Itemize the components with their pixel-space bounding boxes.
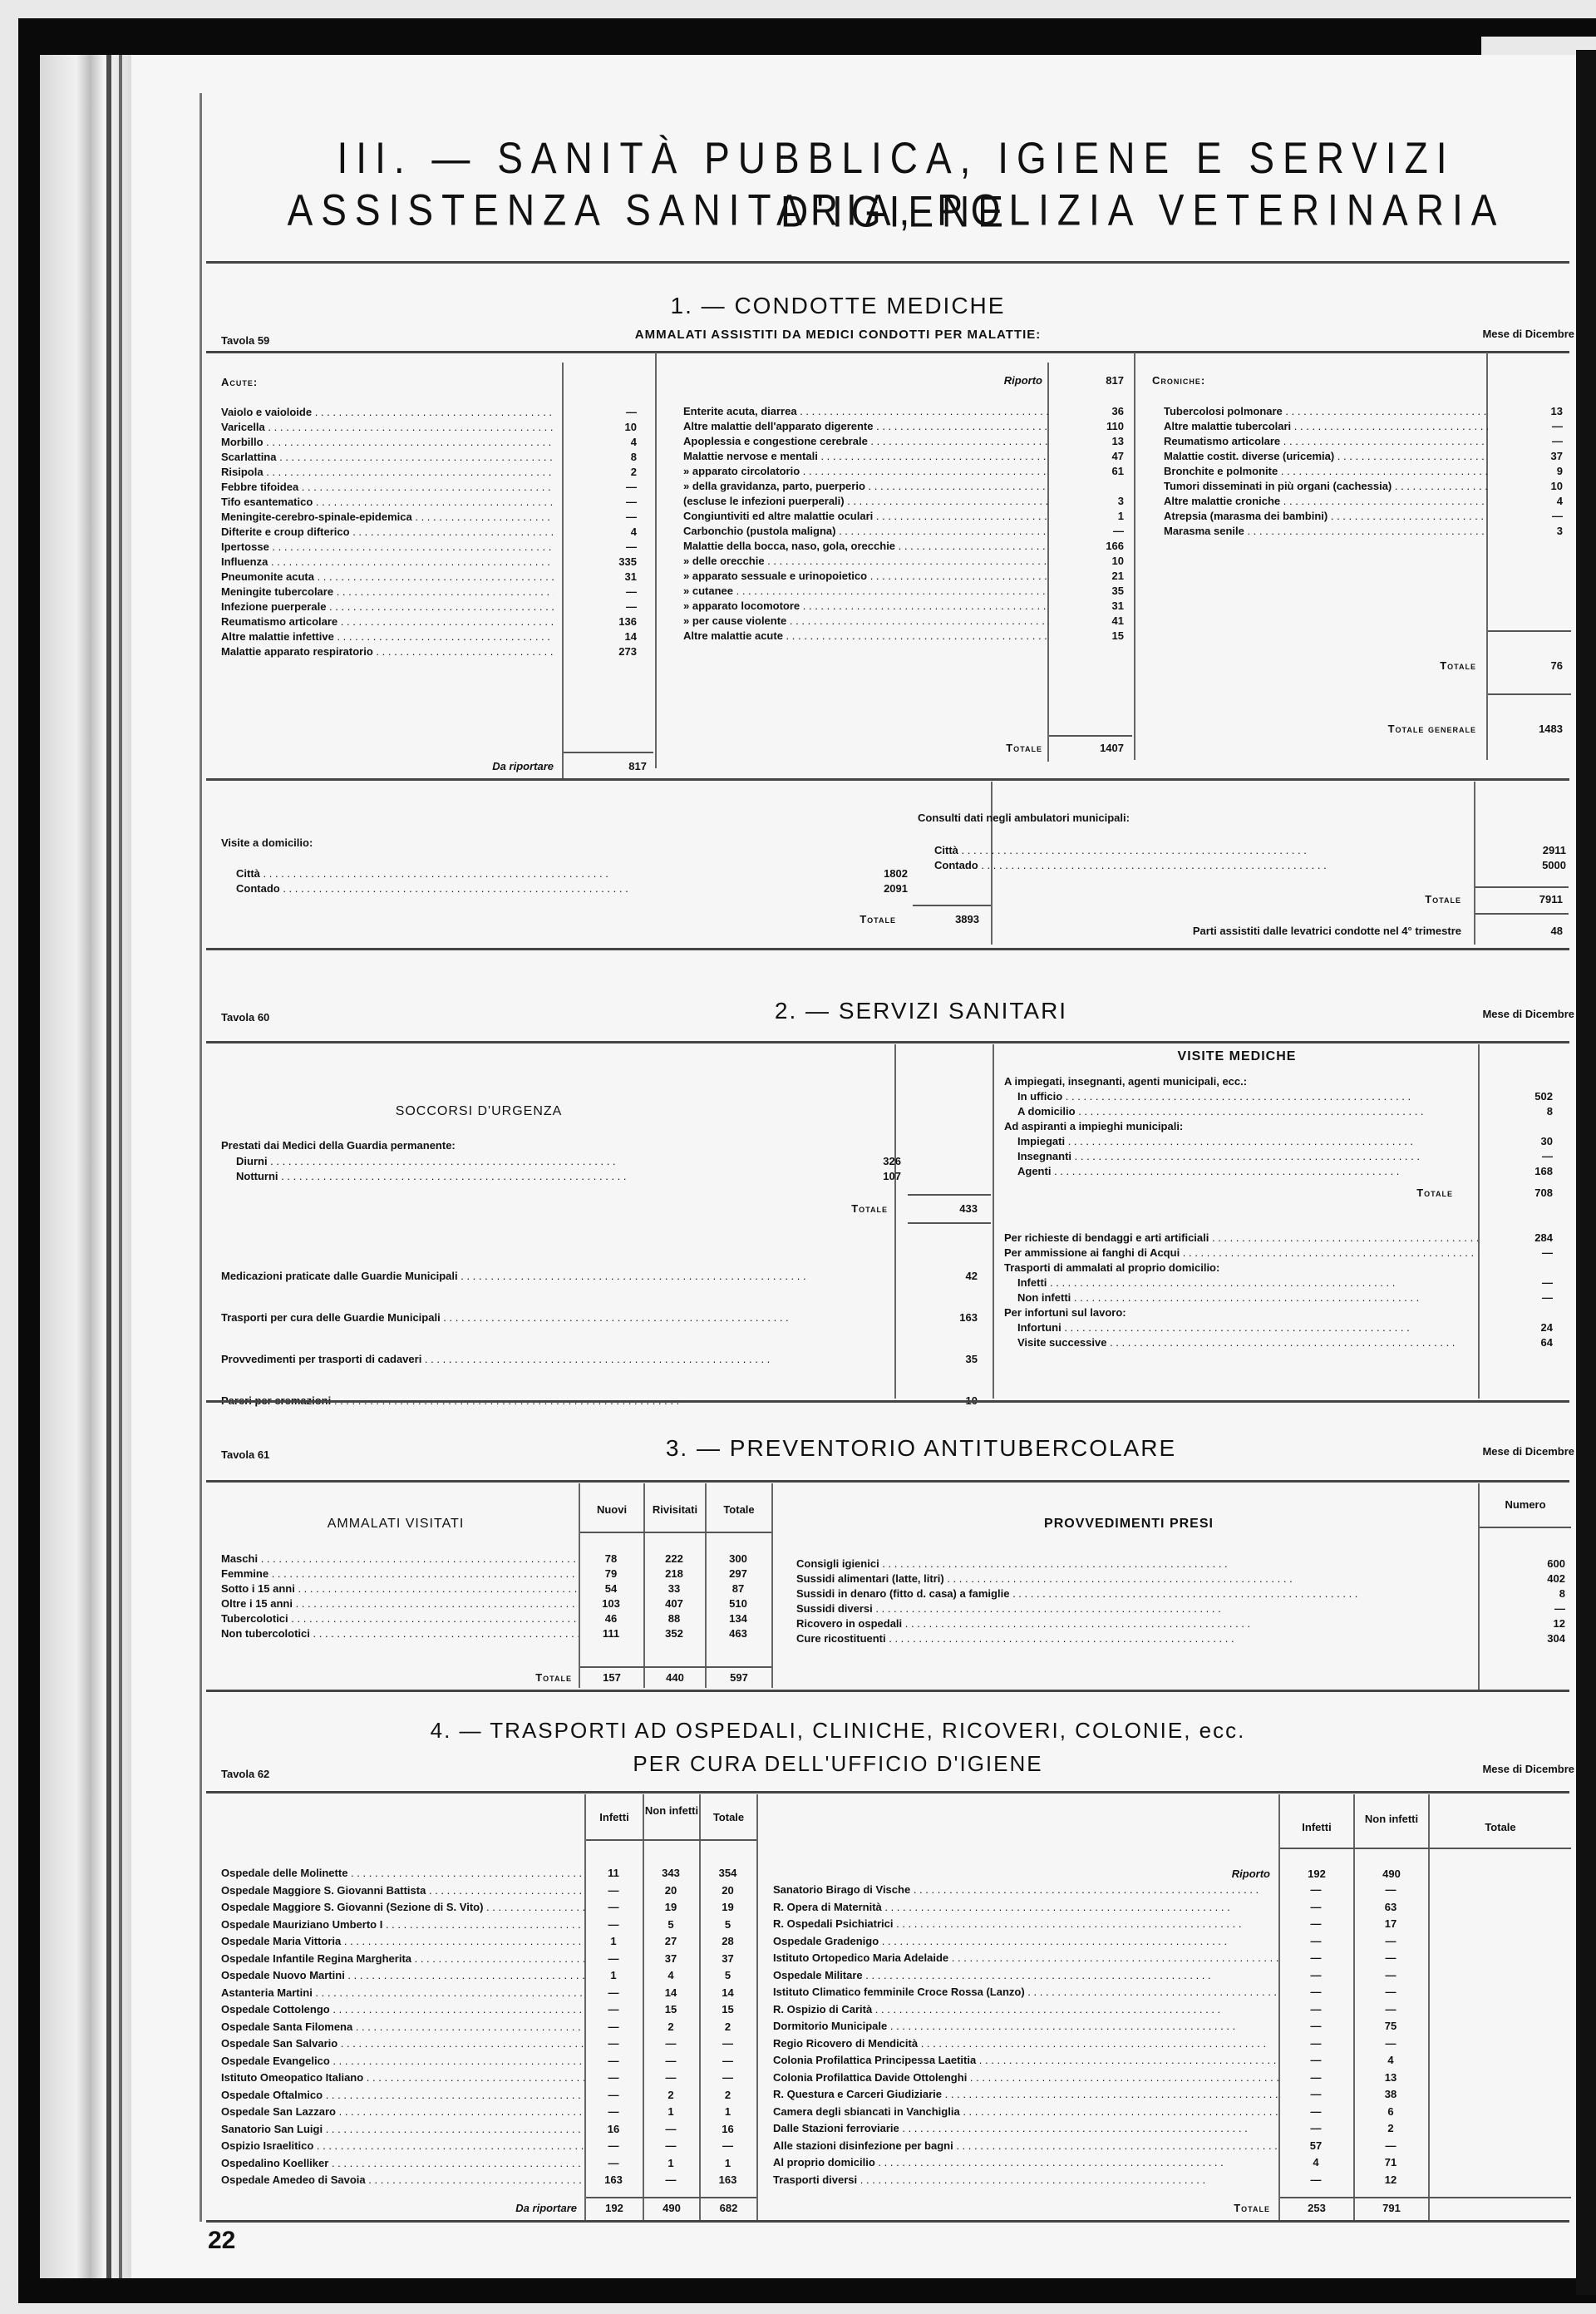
table-row: R. Questura e Carceri Giudiziarie—38 — [773, 2087, 1428, 2102]
table-row: Risipola2 — [221, 465, 637, 480]
consulti-header: Consulti dati negli ambulatori municipal… — [918, 812, 1130, 824]
section-title-servizi: 2. — SERVIZI SANITARI — [713, 998, 1129, 1024]
row-label: Ospedale Oftalmico — [221, 2088, 584, 2103]
row-label: (escluse le infezioni puerperali) — [683, 494, 1049, 509]
row-label: » della gravidanza, parto, puerperio — [683, 479, 1049, 494]
row-label: Tubercolotici — [221, 1611, 579, 1626]
row-value: 2 — [643, 2020, 699, 2035]
table-row: Marasma senile3 — [1164, 524, 1563, 539]
row-label: R. Opera di Maternità — [773, 1900, 1278, 1915]
t62-riporto-label: Riporto — [963, 1867, 1270, 1880]
row-value: 57 — [1278, 2139, 1353, 2154]
col-header-non-infetti: Non infetti — [644, 1804, 699, 1817]
row-label: Ospedale San Lazzaro — [221, 2104, 584, 2119]
row-value: 20 — [699, 1883, 756, 1898]
group-header: Trasporti di ammalati al proprio domicil… — [1004, 1261, 1219, 1275]
row-value: 1 — [699, 2156, 756, 2171]
group-header: A impiegati, insegnanti, agenti municipa… — [1004, 1074, 1247, 1089]
divider — [586, 1839, 756, 1841]
row-value: 27 — [643, 1934, 699, 1949]
row-label: Altre malattie tubercolari — [1164, 419, 1488, 434]
middle-total-value: 1407 — [1049, 742, 1124, 754]
table-row: R. Ospizio di Carità—— — [773, 2002, 1428, 2017]
row-value: 352 — [643, 1626, 705, 1641]
row-value: 13 — [1353, 2070, 1428, 2085]
divider — [908, 1222, 991, 1224]
row-value: — — [584, 2070, 643, 2085]
row-value: 37 — [699, 1951, 756, 1966]
row-value: 19 — [699, 1900, 756, 1915]
row-label: Marasma senile — [1164, 524, 1488, 539]
table-row: » apparato sessuale e urinopoietico21 — [683, 569, 1124, 584]
row-label: Trasporti diversi — [773, 2173, 1278, 2188]
table-row: Malattie costit. diverse (uricemia)37 — [1164, 449, 1563, 464]
table-row: Infetti— — [1004, 1275, 1553, 1290]
row-label: Non infetti — [1017, 1290, 1478, 1305]
table-row: » delle orecchie10 — [683, 554, 1124, 569]
table-row: Sussidi alimentari (latte, litri)402 — [796, 1571, 1565, 1586]
table-row: Ospedale delle Molinette11343354 — [221, 1866, 756, 1881]
row-value: 8 — [1478, 1104, 1553, 1119]
row-value: — — [643, 2139, 699, 2154]
row-value: — — [584, 1917, 643, 1932]
table-row: Influenza335 — [221, 555, 637, 570]
row-value: 9 — [1488, 464, 1563, 479]
ammalati-visitati-title: AMMALATI VISITATI — [221, 1517, 570, 1532]
col-header-rivisitati: Rivisitati — [645, 1503, 705, 1516]
row-label: Istituto Omeopatico Italiano — [221, 2070, 584, 2085]
table-row: Non infetti— — [1004, 1290, 1553, 1305]
column-divider — [1428, 1794, 1430, 2220]
table-row: Dalle Stazioni ferroviarie—2 — [773, 2121, 1428, 2136]
row-label: Ipertosse — [221, 540, 554, 555]
grand-total-value: 1483 — [1488, 723, 1563, 735]
row-value: 38 — [1353, 2087, 1428, 2102]
row-label: Ospedale Infantile Regina Margherita — [221, 1951, 584, 1966]
row-value: — — [1278, 2121, 1353, 2136]
table-row: (escluse le infezioni puerperali)3 — [683, 494, 1124, 509]
row-value: 136 — [554, 614, 637, 629]
table-row: Scarlattina8 — [221, 450, 637, 465]
divider — [206, 1480, 1569, 1483]
row-value: 12 — [1353, 2173, 1428, 2188]
row-value: — — [643, 2173, 699, 2188]
row-value: — — [1488, 419, 1563, 434]
row-value: 1 — [643, 2104, 699, 2119]
row-label: Sanatorio Birago di Vische — [773, 1882, 1278, 1897]
row-label: Altre malattie dell'apparato digerente — [683, 419, 1049, 434]
row-label: Astanteria Martini — [221, 1986, 584, 2001]
table-row: Ospedale Militare—— — [773, 1968, 1428, 1983]
row-value: 110 — [1049, 419, 1124, 434]
row-value: 36 — [1049, 404, 1124, 419]
total-value: 708 — [1478, 1186, 1553, 1201]
row-value: 19 — [643, 1900, 699, 1915]
soccorsi-total-label: Totale — [630, 1202, 888, 1215]
row-value: 335 — [554, 555, 637, 570]
row-value: 4 — [1353, 2053, 1428, 2068]
row-label: Istituto Climatico femminile Croce Rossa… — [773, 1985, 1278, 2000]
row-label: Oltre i 15 anni — [221, 1596, 579, 1611]
divider — [1049, 735, 1132, 737]
row-value: 1 — [584, 1968, 643, 1983]
row-value: — — [554, 480, 637, 495]
row-value: — — [643, 2070, 699, 2085]
table-row: Ricovero in ospedali12 — [796, 1616, 1565, 1631]
row-label: R. Ospedali Psichiatrici — [773, 1917, 1278, 1932]
row-label: Ospedale Nuovo Martini — [221, 1968, 584, 1983]
table-row: Colonia Profilattica Davide Ottolenghi—1… — [773, 2070, 1428, 2085]
column-divider — [771, 1483, 773, 1688]
acute-header: Acute: — [221, 375, 258, 390]
row-label: » delle orecchie — [683, 554, 1049, 569]
row-label: Sotto i 15 anni — [221, 1581, 579, 1596]
col-header-infetti-right: Infetti — [1280, 1821, 1353, 1833]
table-row: Ospedale San Salvario——— — [221, 2036, 756, 2051]
table-row: Consigli igienici600 — [796, 1557, 1565, 1571]
table-row: R. Opera di Maternità—63 — [773, 1900, 1428, 1915]
row-label: Dalle Stazioni ferroviarie — [773, 2121, 1278, 2136]
row-label: Congiuntiviti ed altre malattie oculari — [683, 509, 1049, 524]
row-value: 2 — [699, 2020, 756, 2035]
table-row: Ospedale San Lazzaro—11 — [221, 2104, 756, 2119]
row-label: Istituto Ortopedico Maria Adelaide — [773, 1951, 1278, 1966]
gutter-line — [119, 55, 122, 2278]
row-label: Ospedale Maria Vittoria — [221, 1934, 584, 1949]
table-row: Medicazioni praticate dalle Guardie Muni… — [221, 1269, 978, 1284]
row-value: — — [554, 510, 637, 525]
row-value: 343 — [643, 1866, 699, 1881]
row-label: Medicazioni praticate dalle Guardie Muni… — [221, 1269, 903, 1284]
table-row: Tifo esantematico— — [221, 495, 637, 510]
divider — [206, 2220, 1569, 2223]
row-label: Ospizio Israelitico — [221, 2139, 584, 2154]
row-value: 14 — [554, 629, 637, 644]
table-row: Ospedale Infantile Regina Margherita—373… — [221, 1951, 756, 1966]
da-riportare-value: 817 — [564, 760, 647, 772]
table-row: Apoplessia e congestione cerebrale13 — [683, 434, 1124, 449]
tavola-61-month: Mese di Dicembre — [1378, 1445, 1574, 1458]
consulti-total-label: Totale — [1212, 893, 1461, 905]
row-label: Atrepsia (marasma dei bambini) — [1164, 509, 1488, 524]
row-label: Enterite acuta, diarrea — [683, 404, 1049, 419]
row-label: Ospedale Maggiore S. Giovanni (Sezione d… — [221, 1900, 584, 1915]
riporto-value: 817 — [1049, 374, 1124, 387]
row-value: — — [554, 585, 637, 599]
row-value: — — [1278, 2002, 1353, 2017]
row-label: Vaiolo e vaioloide — [221, 405, 554, 420]
t62-da-riportare-non-infetti: 490 — [644, 2202, 699, 2214]
row-label: Influenza — [221, 555, 554, 570]
row-label: Morbillo — [221, 435, 554, 450]
divider — [206, 778, 1569, 781]
section-title-trasporti-1: 4. — TRASPORTI AD OSPEDALI, CLINICHE, RI… — [381, 1718, 1295, 1744]
chronic-header: Croniche: — [1152, 374, 1205, 387]
row-value: — — [1049, 524, 1124, 539]
visite-total-label: Totale — [630, 913, 896, 925]
table-row: Istituto Ortopedico Maria Adelaide—— — [773, 1951, 1428, 1966]
visite-mediche-title: VISITE MEDICHE — [1004, 1049, 1470, 1064]
row-value: 41 — [1049, 614, 1124, 629]
divider — [206, 1791, 1569, 1793]
book-gutter — [40, 55, 131, 2278]
t62-totale-infetti: 253 — [1280, 2202, 1353, 2214]
tavola-62-label: Tavola 62 — [221, 1768, 269, 1780]
grand-total-label: Totale generale — [1152, 723, 1476, 735]
row-label: Infetti — [1017, 1275, 1478, 1290]
row-value: 13 — [1488, 404, 1563, 419]
row-label: Scarlattina — [221, 450, 554, 465]
divider — [1488, 693, 1571, 695]
row-label: Malattie della bocca, naso, gola, orecch… — [683, 539, 1049, 554]
row-value: — — [699, 2070, 756, 2085]
col-header-totale-right: Totale — [1430, 1821, 1571, 1833]
row-value: — — [584, 2104, 643, 2119]
t62-da-riportare-infetti: 192 — [586, 2202, 643, 2214]
row-value: — — [1488, 434, 1563, 449]
row-value: 15 — [1049, 629, 1124, 644]
row-label: Febbre tifoidea — [221, 480, 554, 495]
divider — [586, 2197, 756, 2198]
row-value: 1 — [699, 2104, 756, 2119]
row-value: — — [1278, 2173, 1353, 2188]
row-value: — — [1353, 1951, 1428, 1966]
row-value: 463 — [705, 1626, 771, 1641]
table-row: Meningite tubercolare— — [221, 585, 637, 599]
row-value: 1 — [643, 2156, 699, 2171]
divider — [580, 1532, 771, 1533]
table-row: R. Ospedali Psichiatrici—17 — [773, 1917, 1428, 1932]
divider — [1280, 2197, 1571, 2198]
row-value: 17 — [1353, 1917, 1428, 1932]
row-value: — — [1278, 1917, 1353, 1932]
row-value: — — [1278, 1985, 1353, 2000]
table-row: Meningite-cerebro-spinale-epidemica— — [221, 510, 637, 525]
column-divider — [1134, 353, 1135, 760]
row-value: 2 — [1353, 2121, 1428, 2136]
divider — [1475, 913, 1569, 915]
row-value: 502 — [1478, 1089, 1553, 1104]
table-row: Pneumonite acuta31 — [221, 570, 637, 585]
col-header-non-infetti-right: Non infetti — [1355, 1813, 1428, 1825]
divider — [1480, 1527, 1571, 1528]
row-value: — — [1478, 1275, 1553, 1290]
soccorsi-header: Prestati dai Medici della Guardia perman… — [221, 1139, 456, 1152]
row-label: Difterite e croup difterico — [221, 525, 554, 540]
row-value: 42 — [903, 1269, 978, 1284]
row-label: Notturni — [236, 1169, 826, 1184]
row-label: Ospedale delle Molinette — [221, 1866, 584, 1881]
group-header: Ad aspiranti a impieghi municipali: — [1004, 1119, 1183, 1134]
row-value: 107 — [826, 1169, 901, 1184]
row-value: 1802 — [833, 866, 908, 881]
row-value: 54 — [579, 1581, 643, 1596]
row-label: Tumori disseminati in più organi (caches… — [1164, 479, 1488, 494]
row-label: Cure ricostituenti — [796, 1631, 1482, 1646]
table-row: Reumatismo articolare136 — [221, 614, 637, 629]
table-row: Tumori disseminati in più organi (caches… — [1164, 479, 1563, 494]
row-value: 4 — [1488, 494, 1563, 509]
row-value: 21 — [1049, 569, 1124, 584]
row-value: — — [1353, 1985, 1428, 2000]
row-label: » apparato locomotore — [683, 599, 1049, 614]
row-value: 103 — [579, 1596, 643, 1611]
row-label: Reumatismo articolare — [221, 614, 554, 629]
row-value: 61 — [1049, 464, 1124, 479]
col-header-numero: Numero — [1480, 1498, 1571, 1511]
row-value: 1 — [584, 1934, 643, 1949]
table-row: Per ammissione ai fanghi di Acqui— — [1004, 1246, 1553, 1261]
section-title-trasporti-2: PER CURA DELL'UFFICIO D'IGIENE — [547, 1751, 1129, 1777]
table-row: Per richieste di bendaggi e arti artific… — [1004, 1231, 1553, 1246]
row-value: — — [1278, 1900, 1353, 1915]
tavola-61-label: Tavola 61 — [221, 1448, 269, 1461]
row-value: 10 — [1049, 554, 1124, 569]
row-value: 33 — [643, 1581, 705, 1596]
row-label: Ospedale Gradenigo — [773, 1934, 1278, 1949]
table-row: Ospedale Maria Vittoria12728 — [221, 1934, 756, 1949]
table-row: Alle stazioni disinfezione per bagni57— — [773, 2139, 1428, 2154]
table-row: Oltre i 15 anni103407510 — [221, 1596, 771, 1611]
table-row: Ospedale Oftalmico—22 — [221, 2088, 756, 2103]
row-value: — — [554, 540, 637, 555]
row-value: — — [554, 495, 637, 510]
row-value: — — [554, 405, 637, 420]
row-value: — — [643, 2122, 699, 2137]
row-value: — — [584, 2088, 643, 2103]
row-label: Non tubercolotici — [221, 1626, 579, 1641]
divider — [908, 1194, 991, 1196]
table-row: Contado5000 — [934, 858, 1566, 873]
row-label: Regio Ricovero di Mendicità — [773, 2036, 1278, 2051]
row-label: Visite successive — [1017, 1335, 1478, 1350]
row-value: 63 — [1353, 1900, 1428, 1915]
row-value: 4 — [554, 435, 637, 450]
table-row: Reumatismo articolare— — [1164, 434, 1563, 449]
table-row: Cure ricostituenti304 — [796, 1631, 1565, 1646]
divider — [206, 1041, 1569, 1044]
t62-riporto-non-infetti: 490 — [1355, 1867, 1428, 1880]
scan-border-top-right — [1463, 18, 1596, 37]
row-label: Insegnanti — [1017, 1149, 1478, 1164]
table-row: Maschi78222300 — [221, 1552, 771, 1567]
row-value: 2 — [643, 2088, 699, 2103]
row-value: — — [1353, 1968, 1428, 1983]
row-value: — — [584, 2020, 643, 2035]
row-value: 5 — [643, 1917, 699, 1932]
row-value: — — [1353, 1882, 1428, 1897]
divider — [1475, 886, 1569, 888]
table-row: Bronchite e polmonite9 — [1164, 464, 1563, 479]
row-value: 12 — [1482, 1616, 1565, 1631]
table-row: Sussidi in denaro (fitto d. casa) a fami… — [796, 1586, 1565, 1601]
gutter-line — [106, 55, 111, 2278]
table-row: Altre malattie tubercolari— — [1164, 419, 1563, 434]
row-label: Pneumonite acuta — [221, 570, 554, 585]
row-value: — — [643, 2036, 699, 2051]
row-label: Tubercolosi polmonare — [1164, 404, 1488, 419]
table-row: Al proprio domicilio471 — [773, 2155, 1428, 2170]
col-header-totale: Totale — [701, 1811, 756, 1823]
table-row: Malattie della bocca, naso, gola, orecch… — [683, 539, 1124, 554]
table-row: » apparato circolatorio61 — [683, 464, 1124, 479]
table-row: » cutanee35 — [683, 584, 1124, 599]
row-value: — — [554, 599, 637, 614]
row-label: Varicella — [221, 420, 554, 435]
table-row: » per cause violente41 — [683, 614, 1124, 629]
ammalati-total-rivisitati: 440 — [645, 1671, 705, 1684]
row-label: Malattie costit. diverse (uricemia) — [1164, 449, 1488, 464]
row-label: Colonia Profilattica Davide Ottolenghi — [773, 2070, 1278, 2085]
section-title-condotte: 1. — CONDOTTE MEDICHE — [464, 293, 1212, 319]
row-label: Ospedale Amedeo di Savoia — [221, 2173, 584, 2188]
row-value: — — [643, 2054, 699, 2069]
row-value: — — [584, 1951, 643, 1966]
scan-border-right — [1576, 50, 1596, 2295]
table-row: Carbonchio (pustola maligna)— — [683, 524, 1124, 539]
chronic-total-label: Totale — [1152, 659, 1476, 672]
t62-riporto-infetti: 192 — [1280, 1867, 1353, 1880]
visite-domicilio-header: Visite a domicilio: — [221, 836, 313, 849]
table-row: Ospedalino Koelliker—11 — [221, 2156, 756, 2171]
divider — [1280, 1848, 1571, 1849]
table-row: » della gravidanza, parto, puerperio — [683, 479, 1124, 494]
row-value: 31 — [554, 570, 637, 585]
row-value: 24 — [1478, 1320, 1553, 1335]
row-value: 2911 — [1483, 843, 1566, 858]
row-value: 10 — [554, 420, 637, 435]
col-header-infetti: Infetti — [586, 1811, 643, 1823]
visite-total-value: 3893 — [913, 913, 979, 925]
row-value: 5000 — [1483, 858, 1566, 873]
row-value: 218 — [643, 1567, 705, 1581]
table-row: Ospedale Maggiore S. Giovanni Battista—2… — [221, 1883, 756, 1898]
row-value: 8 — [554, 450, 637, 465]
row-value: 2 — [554, 465, 637, 480]
row-value: 37 — [643, 1951, 699, 1966]
row-value: — — [584, 1900, 643, 1915]
row-value: 88 — [643, 1611, 705, 1626]
row-label: Ricovero in ospedali — [796, 1616, 1482, 1631]
table-row: Ipertosse— — [221, 540, 637, 555]
parti-value: 48 — [1475, 925, 1563, 937]
row-value: 8 — [1482, 1586, 1565, 1601]
row-label: A domicilio — [1017, 1104, 1478, 1119]
table-row: Istituto Omeopatico Italiano——— — [221, 2070, 756, 2085]
table-row: Diurni326 — [236, 1154, 901, 1169]
row-value: — — [1278, 2070, 1353, 2085]
row-value: 31 — [1049, 599, 1124, 614]
row-value: 3 — [1488, 524, 1563, 539]
tavola-59-month: Mese di Dicembre — [1378, 328, 1574, 340]
row-value — [1049, 479, 1124, 494]
row-value: — — [584, 2156, 643, 2171]
tavola-59-subtitle: AMMALATI ASSISTITI DA MEDICI CONDOTTI PE… — [464, 328, 1212, 342]
row-label: Altre malattie croniche — [1164, 494, 1488, 509]
table-row: Difterite e croup difterico4 — [221, 525, 637, 540]
row-value: 28 — [699, 1934, 756, 1949]
table-row: Malattie nervose e mentali47 — [683, 449, 1124, 464]
row-value: — — [1278, 1951, 1353, 1966]
table-row: Colonia Profilattica Principessa Laetiti… — [773, 2053, 1428, 2068]
row-label: Ospedale Militare — [773, 1968, 1278, 1983]
table-row: Ospedale Nuovo Martini145 — [221, 1968, 756, 1983]
table-row: Varicella10 — [221, 420, 637, 435]
group-header: Per infortuni sul lavoro: — [1004, 1305, 1126, 1320]
row-value: 16 — [699, 2122, 756, 2137]
table-row: Sanatorio Birago di Vische—— — [773, 1882, 1428, 1897]
column-divider — [993, 1044, 994, 1399]
